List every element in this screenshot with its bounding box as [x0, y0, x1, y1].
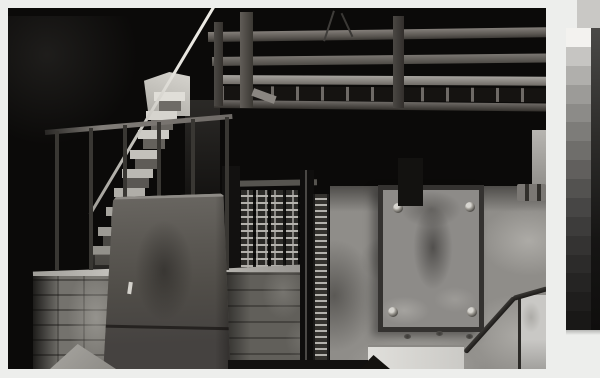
wall-bolt-hole	[466, 334, 473, 339]
grayscale-step	[566, 311, 591, 330]
balcony-post-right	[393, 16, 404, 108]
balcony-post-left	[214, 22, 223, 106]
balcony-rail-middle	[212, 54, 546, 66]
stair-tread	[114, 188, 145, 197]
railing-bar	[55, 131, 59, 270]
grayscale-shadow	[566, 330, 600, 335]
grayscale-edge-band	[591, 28, 600, 330]
wall-bracket	[517, 184, 546, 201]
wall-edge-sliver	[532, 130, 546, 190]
grayscale-step	[566, 104, 591, 123]
door-speck	[127, 282, 133, 294]
plaque-bolt	[467, 307, 477, 317]
grayscale-step	[566, 179, 591, 198]
grayscale-step	[566, 217, 591, 236]
balcony-rail-top	[208, 27, 546, 42]
grayscale-step	[566, 160, 591, 179]
corner-panel	[518, 295, 546, 369]
stair-riser	[143, 139, 165, 149]
bottom-shadow	[228, 360, 378, 369]
leaning-door	[102, 190, 240, 369]
grayscale-step	[566, 85, 591, 104]
wall-plaque	[378, 185, 484, 332]
grayscale-step	[566, 141, 591, 160]
stair-tread	[138, 130, 169, 139]
grayscale-step	[566, 273, 591, 292]
door-seam	[104, 325, 234, 331]
grayscale-step	[566, 122, 591, 141]
grayscale-step	[566, 66, 591, 85]
wall-bolt-hole	[404, 334, 411, 339]
grayscale-step	[566, 255, 591, 274]
grayscale-step	[566, 292, 591, 311]
grayscale-step	[566, 236, 591, 255]
strip-top-patch	[577, 0, 600, 28]
grayscale-step	[566, 198, 591, 217]
photograph	[8, 8, 546, 369]
wall-bolt-hole	[436, 331, 443, 336]
plaque-bolt	[388, 307, 398, 317]
balcony-rail-fascia	[216, 75, 546, 86]
grayscale-step	[566, 28, 591, 47]
iron-bars-column	[300, 170, 314, 369]
grayscale-step	[566, 47, 591, 66]
beam-shadow	[398, 158, 423, 206]
stair-riser	[135, 159, 157, 169]
rebar-ladder	[313, 194, 329, 368]
railing-bar	[225, 117, 229, 271]
railing-bar	[89, 128, 93, 270]
plaque-bolt	[465, 202, 475, 212]
stair-riser	[159, 101, 181, 111]
stair-riser	[127, 178, 149, 188]
grayscale-wedge	[566, 28, 591, 330]
scan-page	[0, 0, 600, 378]
